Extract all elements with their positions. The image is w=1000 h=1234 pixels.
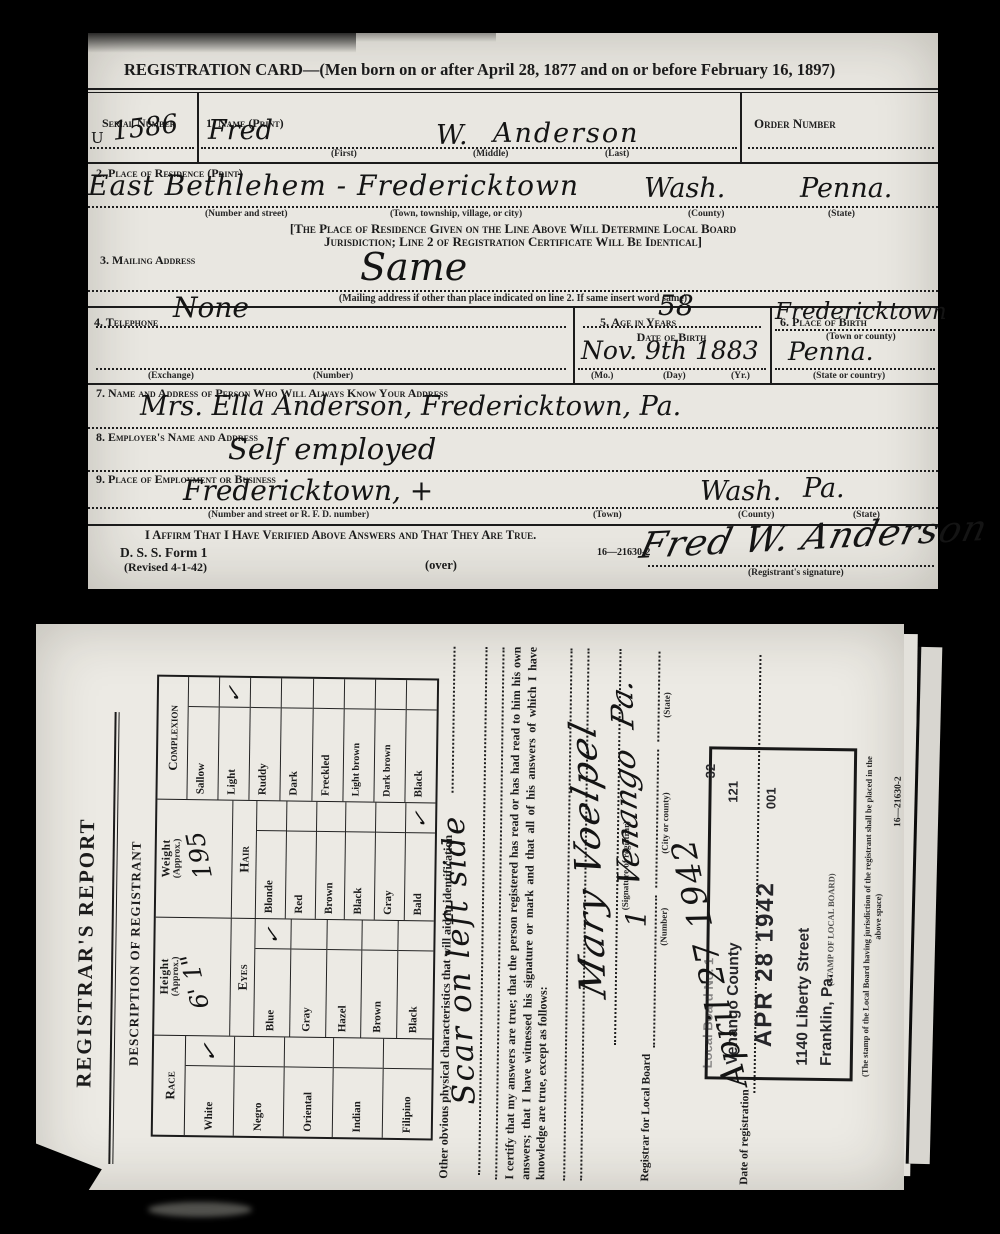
residence-state-handwriting: Penna. <box>800 173 892 204</box>
race-option-white: White ✓ <box>185 1036 236 1136</box>
option-label: Black <box>397 951 433 1038</box>
form-id-line1: D. S. S. Form 1 <box>120 545 207 561</box>
name-line <box>201 147 737 149</box>
town-sub-label: (Town, township, village, or city) <box>390 209 522 219</box>
number-sub-label: (Number) <box>658 908 669 946</box>
birth-state-handwriting: Penna. <box>788 337 874 366</box>
city-handwriting: Venango <box>607 745 648 891</box>
state-handwriting: Pa. <box>604 675 642 732</box>
description-table: Race White ✓ Negro Oriental Indian <box>151 675 439 1141</box>
person-handwriting: Mrs. Ella Anderson, Fredericktown, Pa. <box>140 391 681 422</box>
complexion-option-ruddy: Ruddy <box>250 678 283 800</box>
option-label: Bald <box>405 833 435 920</box>
mailing-handwriting: Same <box>360 245 467 289</box>
check-cell <box>383 1039 432 1070</box>
mo-sub-label: (Mo.) <box>591 371 613 381</box>
board-state-line <box>657 652 660 742</box>
stamp-overlay-label: (STAMP OF LOCAL BOARD) <box>825 873 837 986</box>
order-number-label: Order Number <box>754 116 836 132</box>
stamp-line5: Franklin, Pa. <box>818 974 837 1066</box>
age-line <box>583 326 761 328</box>
check-cell <box>375 680 406 710</box>
registrant-signature-sub-label: (Registrant's signature) <box>748 568 844 578</box>
weight-header: Weight <box>156 800 174 917</box>
scanned-draft-card: REGISTRATION CARD—(Men born on or after … <box>0 0 1000 1234</box>
jurisdiction-note-line2: Jurisdiction; Line 2 of Registration Cer… <box>88 234 938 250</box>
complexion-column: Complexion Sallow Light ✓ Ruddy Dark <box>157 677 437 803</box>
serial-prefix-handwriting: U <box>91 129 104 147</box>
residence-line <box>88 206 938 208</box>
race-option-negro: Negro <box>234 1037 285 1137</box>
height-header: Height <box>154 918 172 1035</box>
checkmark: ✓ <box>197 1036 223 1065</box>
state-sub-label: (State) <box>662 692 672 718</box>
option-label: Black <box>405 710 436 802</box>
number-sub-label: (Number) <box>313 371 353 381</box>
residence-county-handwriting: Wash. <box>644 173 725 204</box>
check-cell <box>344 679 375 709</box>
option-label: Freckled <box>312 709 343 801</box>
complexion-header: Complexion <box>157 677 189 799</box>
telephone-line <box>96 326 566 328</box>
order-line <box>748 147 934 149</box>
characteristics-line1 <box>478 647 487 1175</box>
name-first-handwriting: Fred <box>208 115 273 146</box>
last-sub-label: (Last) <box>605 149 629 159</box>
check-cell: ✓ <box>406 803 435 833</box>
top-edge-smudge <box>88 33 356 55</box>
form-id-line2: (Revised 4-1-42) <box>124 560 207 575</box>
hair-option-bald: Bald ✓ <box>405 803 435 920</box>
weight-cell: Weight (Approx.) 195 <box>156 800 234 918</box>
rule <box>88 162 938 164</box>
town2-sub-label: (Town) <box>593 510 622 520</box>
hair-option-gray: Gray <box>375 803 406 920</box>
option-label: Ruddy <box>250 708 281 800</box>
registrant-signature-handwriting: Fred W. Anderson <box>636 508 992 567</box>
divider <box>740 92 742 162</box>
certify-text: I certify that my answers are true; that… <box>502 647 556 1181</box>
check-cell <box>376 803 405 833</box>
checkmark: ✓ <box>260 920 285 947</box>
employment-state-handwriting: Pa. <box>803 473 845 504</box>
complexion-option-light: Light ✓ <box>219 677 252 799</box>
state-sub-label: (State) <box>828 209 855 219</box>
stamp-line3: APR 28 1942 <box>750 881 780 1047</box>
state-or-country-sub-label: (State or country) <box>813 371 885 381</box>
check-cell <box>313 679 344 709</box>
option-label: Brown <box>362 951 398 1038</box>
board-number-line <box>653 896 657 1048</box>
check-cell <box>407 680 438 710</box>
employment-county-handwriting: Wash. <box>700 476 781 507</box>
eyes-option-brown: Brown <box>362 921 399 1038</box>
hair-option-blonde: Blonde <box>256 801 287 918</box>
option-label: Sallow <box>187 707 218 799</box>
check-cell: ✓ <box>255 919 290 949</box>
print-code-back: 16—21630-2 <box>893 776 904 827</box>
check-cell <box>317 802 346 832</box>
mailing-label: 3. Mailing Address <box>100 253 195 268</box>
affirm-statement: I Affirm That I Have Verified Above Answ… <box>145 528 536 543</box>
card-title: REGISTRATION CARD—(Men born on or after … <box>124 60 924 80</box>
birth-town-line <box>775 329 935 331</box>
birth-state-line <box>775 368 935 370</box>
middle-sub-label: (Middle) <box>473 149 508 159</box>
option-label: Blue <box>254 949 290 1036</box>
height-handwriting: 6' 1" <box>175 951 215 1012</box>
divider <box>197 92 199 162</box>
telephone-handwriting: None <box>173 291 249 324</box>
option-label: Gray <box>290 950 326 1037</box>
stamp-note: (The stamp of the Local Board having jur… <box>859 744 886 1088</box>
eyes-option-black: Black <box>397 921 433 1038</box>
option-label: Light brown <box>343 709 374 801</box>
race-option-indian: Indian <box>333 1038 384 1138</box>
option-label: Brown <box>315 832 345 919</box>
employment-handwriting: Fredericktown, + <box>183 474 433 507</box>
serial-line <box>90 147 194 149</box>
weight-handwriting: 195 <box>180 829 218 881</box>
option-label: Negro <box>234 1067 283 1137</box>
option-label: White <box>185 1066 234 1136</box>
stamp-num2: 121 <box>725 781 740 803</box>
eyes-header: Eyes <box>230 919 256 1036</box>
complexion-option-dark: Dark <box>281 678 314 800</box>
option-label: Blonde <box>256 831 286 918</box>
day-sub-label: (Day) <box>663 371 686 381</box>
check-cell <box>363 921 398 951</box>
birth-town-handwriting: Fredericktown <box>775 299 947 325</box>
check-cell <box>235 1037 284 1068</box>
check-cell <box>327 920 362 950</box>
stamp-line4: 1140 Liberty Street <box>794 928 814 1066</box>
check-cell: ✓ <box>186 1036 235 1067</box>
rule <box>88 383 938 385</box>
complexion-option-dark-brown: Dark brown <box>374 680 407 802</box>
race-option-oriental: Oriental <box>284 1037 335 1137</box>
complexion-option-black: Black <box>405 680 437 802</box>
checkmark: ✓ <box>408 804 433 831</box>
first-sub-label: (First) <box>331 149 357 159</box>
serial-value-handwriting: 1586 <box>110 109 179 147</box>
option-label: Hazel <box>326 950 362 1037</box>
eyes-option-hazel: Hazel <box>326 920 363 1037</box>
characteristics-label-dots <box>452 647 456 793</box>
weight-sub-label: (Approx.) <box>172 800 184 917</box>
hair-option-black: Black <box>345 802 376 919</box>
option-label: Black <box>345 832 375 919</box>
check-cell: ✓ <box>220 677 251 707</box>
date-label: Date of registration <box>738 1089 751 1185</box>
eyes-option-gray: Gray <box>290 920 327 1037</box>
bottom-margin-smudge <box>148 1202 252 1217</box>
telephone-line2 <box>96 368 566 370</box>
check-cell <box>399 921 434 951</box>
option-label: Light <box>219 707 250 799</box>
street-rfd-sub-label: (Number and street or R. F. D. number) <box>208 510 369 520</box>
option-label: Dark brown <box>374 710 405 802</box>
hair-option-red: Red <box>286 801 317 918</box>
exchange-sub-label: (Exchange) <box>148 371 194 381</box>
board-city-line <box>655 750 659 888</box>
race-option-filipino: Filipino <box>382 1039 432 1139</box>
registrars-report-back: REGISTRAR'S REPORT DESCRIPTION OF REGIST… <box>36 624 904 1190</box>
dob-line <box>578 368 766 370</box>
hair-header: Hair <box>232 801 258 918</box>
check-cell <box>346 802 375 832</box>
name-last-handwriting: Anderson <box>493 118 640 149</box>
stamp-num3: 001 <box>763 787 778 809</box>
rotated-content: REGISTRAR'S REPORT DESCRIPTION OF REGIST… <box>38 627 904 1190</box>
race-header: Race <box>153 1036 186 1135</box>
report-subtitle: DESCRIPTION OF REGISTRANT <box>124 738 146 1168</box>
option-label: Red <box>286 831 316 918</box>
check-cell <box>285 1037 334 1068</box>
check-cell <box>334 1038 383 1069</box>
county-sub-label: (County) <box>688 209 724 219</box>
hair-option-brown: Brown <box>315 802 346 919</box>
option-label: Dark <box>281 708 312 800</box>
weight-hair-column: Weight (Approx.) 195 Hair Blonde Red B <box>156 799 436 921</box>
residence-handwriting: East Bethlehem - Fredericktown <box>88 169 579 202</box>
check-cell <box>257 801 286 831</box>
over-label: (over) <box>425 558 457 573</box>
check-cell <box>251 678 282 708</box>
county2-sub-label: (County) <box>738 510 774 520</box>
report-title: REGISTRAR'S REPORT <box>70 737 101 1167</box>
check-cell <box>189 677 220 707</box>
employer-handwriting: Self employed <box>228 432 436 466</box>
signature-line <box>648 565 934 567</box>
age-handwriting: 58 <box>658 289 694 322</box>
board-number-handwriting: 1 <box>620 909 653 927</box>
board-label: Registrar for Local Board <box>639 1054 653 1182</box>
stamp-num1: 32 <box>703 764 718 779</box>
title-double-rule <box>108 712 119 1164</box>
person-line <box>88 427 938 429</box>
yr-sub-label: (Yr.) <box>731 371 750 381</box>
street-sub-label: (Number and street) <box>205 209 288 219</box>
race-column: Race White ✓ Negro Oriental Indian <box>153 1035 432 1139</box>
option-label: Gray <box>375 833 405 920</box>
dob-handwriting: Nov. 9th 1883 <box>581 336 759 365</box>
check-cell <box>282 678 313 708</box>
registration-card-front: REGISTRATION CARD—(Men born on or after … <box>88 33 938 589</box>
check-cell <box>287 801 316 831</box>
option-label: Indian <box>333 1068 382 1138</box>
option-label: Oriental <box>284 1067 333 1137</box>
check-cell <box>291 920 326 950</box>
checkmark: ✓ <box>221 679 246 706</box>
option-label: Filipino <box>382 1069 431 1139</box>
complexion-option-sallow: Sallow <box>187 677 220 799</box>
height-eyes-column: Height (Approx.) 6' 1" Eyes Blue ✓ Gray <box>154 917 434 1039</box>
top-edge-smudge-light <box>356 33 496 42</box>
employment-line <box>88 507 938 509</box>
title-double-rule <box>88 88 938 93</box>
complexion-option-freckled: Freckled <box>312 679 345 801</box>
height-cell: Height (Approx.) 6' 1" <box>154 918 232 1036</box>
divider <box>770 306 772 383</box>
eyes-option-blue: Blue ✓ <box>254 919 291 1036</box>
complexion-option-light-brown: Light brown <box>343 679 376 801</box>
